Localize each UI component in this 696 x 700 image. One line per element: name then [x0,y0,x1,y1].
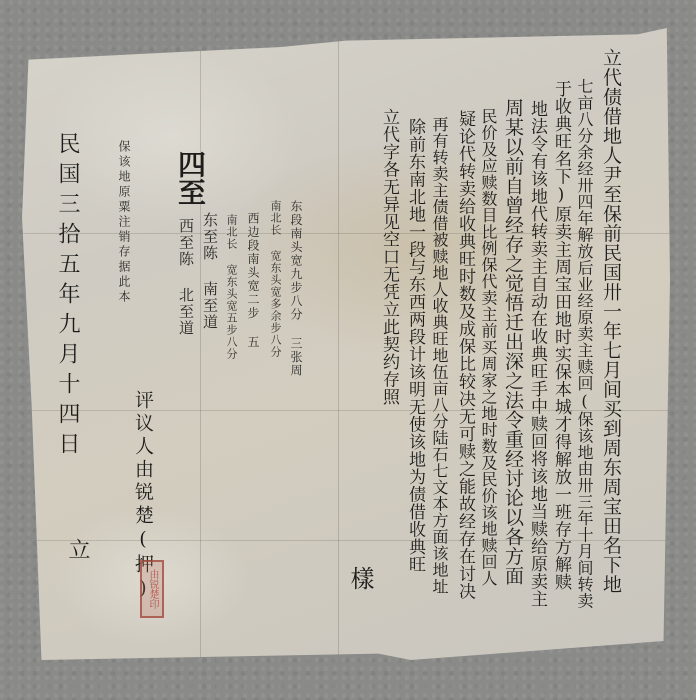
fold-line [22,540,670,541]
boundary-direction-west-north: 西至陈 北至道 [178,218,193,337]
water-stain [42,48,302,228]
note-column: 保该地原粟注销存据此本 [118,140,130,305]
boundary-line-4: 南北长 宽东头宽五步八分 [226,214,237,360]
text-column-9: 除前东南北地一段与东西两段计该明无使该地为债借收典旺 [406,118,423,573]
text-column-3: 于收典旺名下)原卖主周宝田地时实保本城才得解放一班存方解赎 [552,80,569,591]
establish-mark: 立 [66,538,88,561]
text-column-6: 民价及应赎数目比例保代卖主前买周家之地时数及民价该地赎回人 [480,108,496,587]
boundary-direction-east-south: 东至陈 南至道 [202,212,217,331]
document-date: 民国三拾五年九月十四日 [56,132,78,462]
boundary-line-1: 东段南头宽九步八分 三张周 [290,200,302,378]
text-column-4: 地法令有该地代转卖主自动在收典旺手中赎回将该地当赎给原卖主 [528,100,545,608]
signature-mark: 樣 [348,566,372,591]
fold-line [338,28,339,660]
text-column-8: 再有转卖主债借被赎地人收典旺地伍亩八分陆石七文本方面该地址 [431,116,447,595]
text-column-2: 七亩八分余经卅四年解放后业经原卖主赎回(保该地由卅三年十月间转卖 [576,78,592,609]
text-column-1: 立代债借地人尹至保前民国卅一年七月间买到周东周宝田名下地 [601,48,620,594]
boundaries-header: 四至 [176,150,204,206]
text-column-5: 周某以前自曾经存之觉悟迁出深之法令重经讨论以各方面 [503,98,522,586]
text-column-7: 疑论代转卖给收典旺时数及成保比较决无可赎之能故经存在讨决 [456,110,473,600]
boundary-line-3: 西边段南头宽二步 五 [247,212,259,349]
boundary-line-2: 南北长 宽东头宽多余步八分 [270,200,281,358]
fold-line [200,28,201,660]
fold-line [22,410,670,411]
red-seal-stamp: 由锐楚印 [140,560,164,618]
text-column-10: 立代字各无异见空口无凭立此契约存照 [380,108,397,406]
